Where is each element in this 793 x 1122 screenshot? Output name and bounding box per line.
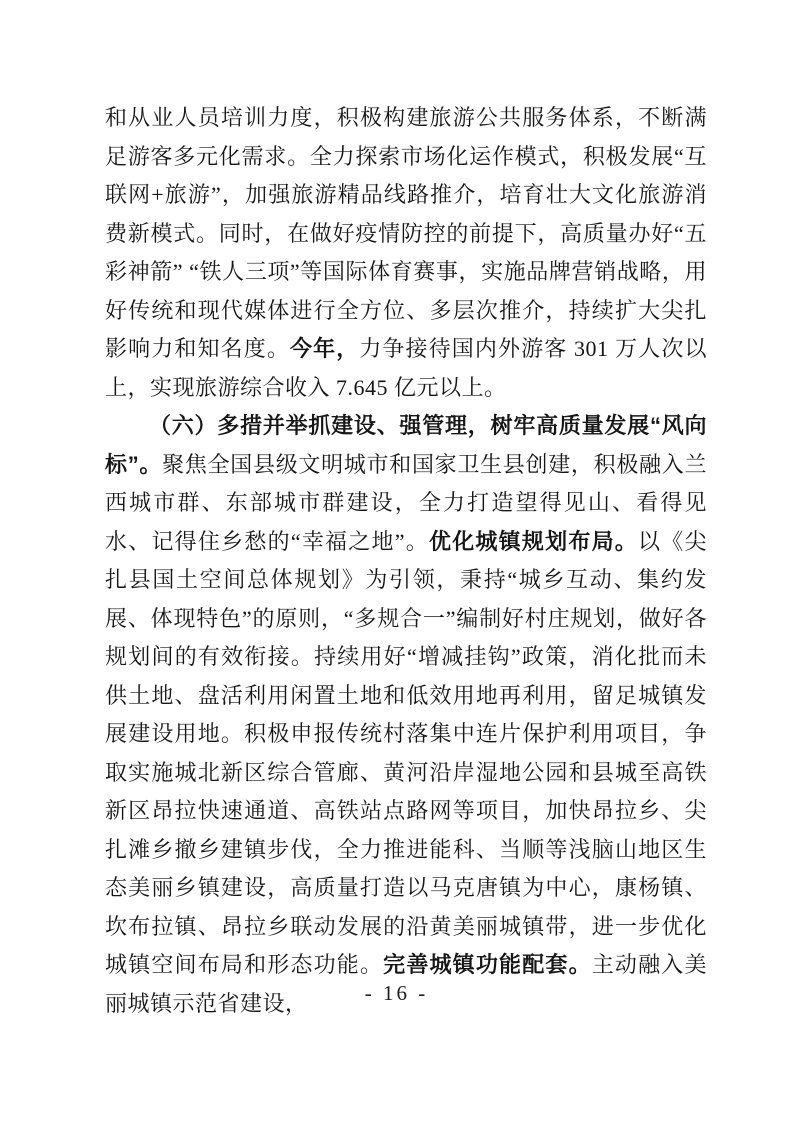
emphasis-text: 今年， <box>290 336 359 361</box>
document-body: 和从业人员培训力度，积极构建旅游公共服务体系，不断满足游客多元化需求。全力探索市… <box>105 99 707 1023</box>
document-page: 和从业人员培训力度，积极构建旅游公共服务体系，不断满足游客多元化需求。全力探索市… <box>0 0 793 1122</box>
body-text: 以《尖扎县国土空间总体规划》为引领，秉持“城乡互动、集约发展、体现特色”的原则，… <box>105 529 707 978</box>
page-number: - 16 - <box>0 978 793 1008</box>
emphasis-text: 完善城镇功能配套。 <box>383 952 592 977</box>
paragraph: 和从业人员培训力度，积极构建旅游公共服务体系，不断满足游客多元化需求。全力探索市… <box>105 99 707 407</box>
body-text: 和从业人员培训力度，积极构建旅游公共服务体系，不断满足游客多元化需求。全力探索市… <box>105 105 707 361</box>
emphasis-text: 优化城镇规划布局。 <box>429 529 638 554</box>
paragraph: （六）多措并举抓建设、强管理，树牢高质量发展“风向标”。聚焦全国县级文明城市和国… <box>105 407 707 1023</box>
